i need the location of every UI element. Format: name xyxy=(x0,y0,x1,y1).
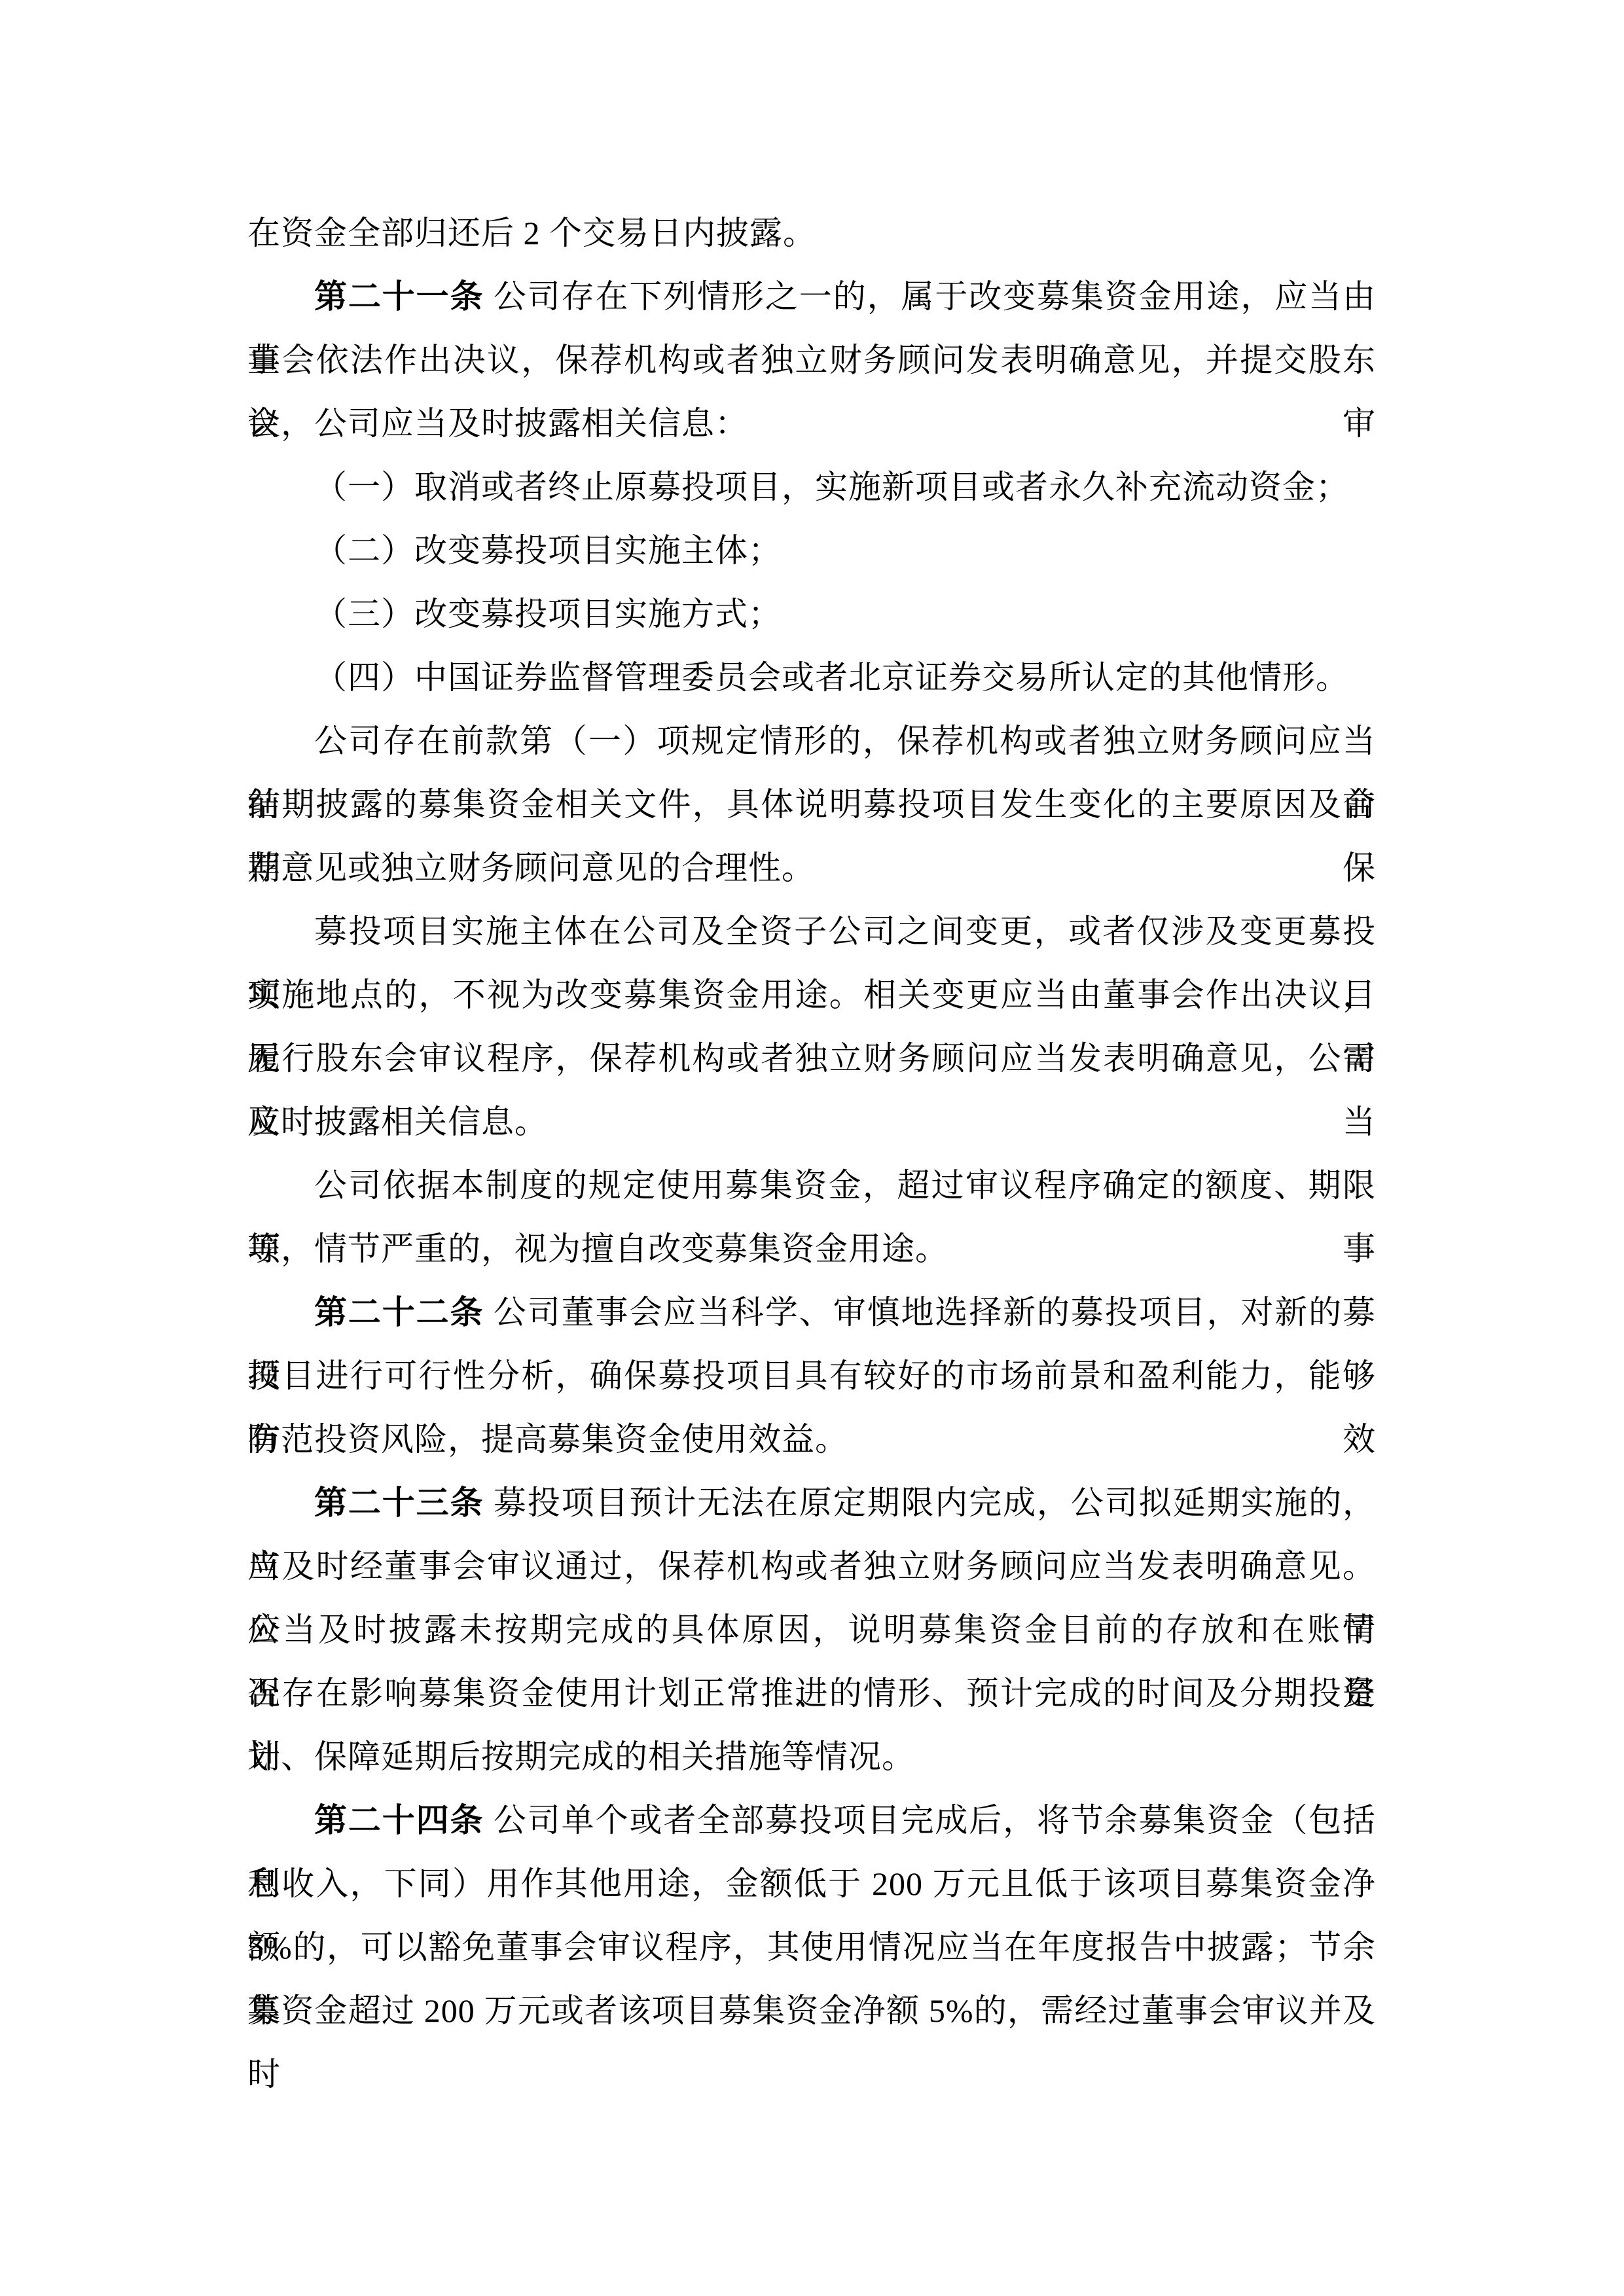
document-content: 在资金全部归还后 2 个交易日内披露。第二十一条 公司存在下列情形之一的，属于改… xyxy=(247,202,1376,2043)
text-line: 在资金全部归还后 2 个交易日内披露。 xyxy=(247,202,1376,265)
text-line: 5%的，可以豁免董事会审议程序，其使用情况应当在年度报告中披露；节余募 xyxy=(247,1916,1376,1979)
text-line: 息收入，下同）用作其他用途，金额低于 200 万元且低于该项目募集资金净额 xyxy=(247,1852,1376,1916)
text-line: 第二十四条 公司单个或者全部募投项目完成后，将节余募集资金（包括利 xyxy=(247,1789,1376,1852)
text-line: 集资金超过 200 万元或者该项目募集资金净额 5%的，需经过董事会审议并及时 xyxy=(247,1979,1376,2043)
article-number: 第二十二条 xyxy=(314,1294,484,1331)
line-text: （一）取消或者终止原募投项目，实施新项目或者永久补充流动资金； xyxy=(314,469,1349,505)
text-line: 事会依法作出决议，保荐机构或者独立财务顾问发表明确意见，并提交股东会审 xyxy=(247,329,1376,392)
text-line: 第二十三条 募投项目预计无法在原定期限内完成，公司拟延期实施的，应 xyxy=(247,1471,1376,1535)
line-text: 防范投资风险，提高募集资金使用效益。 xyxy=(247,1421,848,1458)
article-number: 第二十一条 xyxy=(314,278,484,315)
line-text: 及时披露相关信息。 xyxy=(247,1103,548,1140)
line-text: （四）中国证券监督管理委员会或者北京证券交易所认定的其他情形。 xyxy=(314,659,1349,696)
text-line: 募投项目实施主体在公司及全资子公司之间变更，或者仅涉及变更募投项目 xyxy=(247,900,1376,963)
text-line: 实施地点的，不视为改变募集资金用途。相关变更应当由董事会作出决议，无需 xyxy=(247,963,1376,1027)
text-line: 履行股东会审议程序，保荐机构或者独立财务顾问应当发表明确意见，公司应当 xyxy=(247,1027,1376,1090)
text-line: （一）取消或者终止原募投项目，实施新项目或者永久补充流动资金； xyxy=(247,456,1376,519)
line-text: 荐意见或独立财务顾问意见的合理性。 xyxy=(247,850,815,886)
line-text: （二）改变募投项目实施主体； xyxy=(314,532,782,569)
text-line: 第二十二条 公司董事会应当科学、审慎地选择新的募投项目，对新的募投 xyxy=(247,1281,1376,1344)
line-text: 划、保障延期后按期完成的相关措施等情况。 xyxy=(247,1738,915,1775)
text-line: 应当及时披露未按期完成的具体原因，说明募集资金目前的存放和在账情况、是 xyxy=(247,1598,1376,1662)
text-line: 当及时经董事会审议通过，保荐机构或者独立财务顾问应当发表明确意见。公司 xyxy=(247,1535,1376,1598)
line-text: 项，情节严重的，视为擅自改变募集资金用途。 xyxy=(247,1230,948,1267)
line-text: 议，公司应当及时披露相关信息： xyxy=(247,405,748,442)
article-number: 第二十三条 xyxy=(314,1484,484,1521)
line-text: （三）改变募投项目实施方式； xyxy=(314,596,782,632)
text-line: 否存在影响募集资金使用计划正常推进的情形、预计完成的时间及分期投资计 xyxy=(247,1662,1376,1725)
line-text: 在资金全部归还后 2 个交易日内披露。 xyxy=(247,215,816,251)
text-line: 项目进行可行性分析，确保募投项目具有较好的市场前景和盈利能力，能够有效 xyxy=(247,1344,1376,1408)
text-line: 前期披露的募集资金相关文件，具体说明募投项目发生变化的主要原因及前期保 xyxy=(247,773,1376,836)
text-line: 公司依据本制度的规定使用募集资金，超过审议程序确定的额度、期限等事 xyxy=(247,1154,1376,1217)
text-line: （四）中国证券监督管理委员会或者北京证券交易所认定的其他情形。 xyxy=(247,646,1376,709)
text-line: 公司存在前款第（一）项规定情形的，保荐机构或者独立财务顾问应当结合 xyxy=(247,709,1376,773)
line-text: 集资金超过 200 万元或者该项目募集资金净额 5%的，需经过董事会审议并及时 xyxy=(247,1992,1376,2092)
article-number: 第二十四条 xyxy=(314,1802,484,1839)
document-page: 在资金全部归还后 2 个交易日内披露。第二十一条 公司存在下列情形之一的，属于改… xyxy=(0,0,1624,2296)
text-line: （三）改变募投项目实施方式； xyxy=(247,583,1376,646)
text-line: 划、保障延期后按期完成的相关措施等情况。 xyxy=(247,1725,1376,1789)
text-line: （二）改变募投项目实施主体； xyxy=(247,519,1376,583)
text-line: 第二十一条 公司存在下列情形之一的，属于改变募集资金用途，应当由董 xyxy=(247,265,1376,329)
